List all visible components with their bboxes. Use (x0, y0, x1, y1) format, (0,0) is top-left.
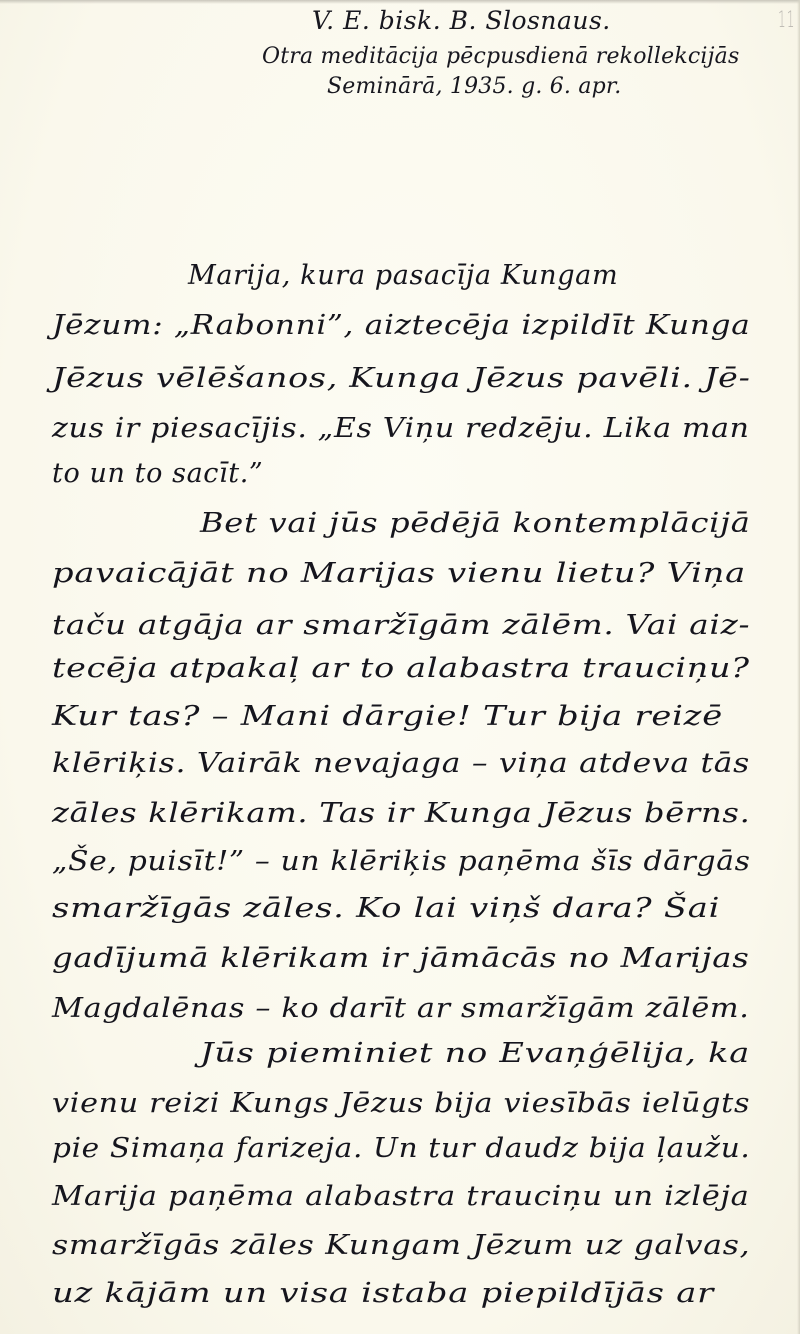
text-line: zus ir piesacījis. „Es Viņu redzēju. Lik… (52, 415, 750, 442)
text-line: klēriķis. Vairāk nevajaga – viņa atdeva … (52, 750, 750, 777)
text-line: taču atgāja ar smaržīgām zālēm. Vai aiz- (52, 612, 750, 639)
text-line: smaržīgās zāles Kungam Jēzum uz galvas, (52, 1232, 750, 1259)
text-line: Bet vai jūs pēdējā kontemplācijā (200, 510, 751, 537)
text-line: smaržīgās zāles. Ko lai viņš dara? Šai (52, 895, 720, 922)
text-line: zāles klērikam. Tas ir Kunga Jēzus bērns… (52, 800, 751, 827)
text-line: to un to sacīt.” (52, 460, 263, 487)
text-line: Jūs pieminiet no Evaņģēlija, ka (200, 1040, 750, 1067)
manuscript-page: 11 V. E. bisk. B. Slosnaus. Otra meditāc… (0, 0, 800, 1334)
text-line: „Še, puisīt!” – un klēriķis paņēma šīs d… (52, 848, 751, 875)
text-line: tecēja atpakaļ ar to alabastra trauciņu? (52, 655, 750, 682)
text-line: Magdalēnas – ko darīt ar smaržīgām zālēm… (52, 995, 750, 1022)
text-line: pie Simaņa farizeja. Un tur daudz bija ļ… (52, 1135, 750, 1162)
text-line: Jēzum: „Rabonni”, aiztecēja izpildīt Kun… (52, 312, 750, 339)
text-line: Kur tas? – Mani dārgie! Tur bija reizē (52, 703, 723, 730)
author-line: V. E. bisk. B. Slosnaus. (312, 6, 611, 35)
place-date-line: Seminārā, 1935. g. 6. apr. (327, 74, 621, 99)
text-line: gadījumā klērikam ir jāmācās no Marijas (52, 945, 750, 972)
text-line: uz kājām un visa istaba piepildījās ar (52, 1280, 714, 1307)
text-line: Jēzus vēlēšanos, Kunga Jēzus pavēli. Jē- (52, 365, 751, 392)
page-number: 11 (778, 8, 796, 33)
text-line: Marija paņēma alabastra trauciņu un izlē… (52, 1183, 750, 1210)
page-top-edge (0, 0, 800, 4)
subtitle-line: Otra meditācija pēcpusdienā rekollekcijā… (262, 44, 739, 69)
text-line: Marija, kura pasacīja Kungam (188, 262, 750, 289)
text-line: vienu reizi Kungs Jēzus bija viesībās ie… (52, 1090, 750, 1117)
text-line: pavaicājāt no Marijas vienu lietu? Viņa (52, 560, 746, 587)
